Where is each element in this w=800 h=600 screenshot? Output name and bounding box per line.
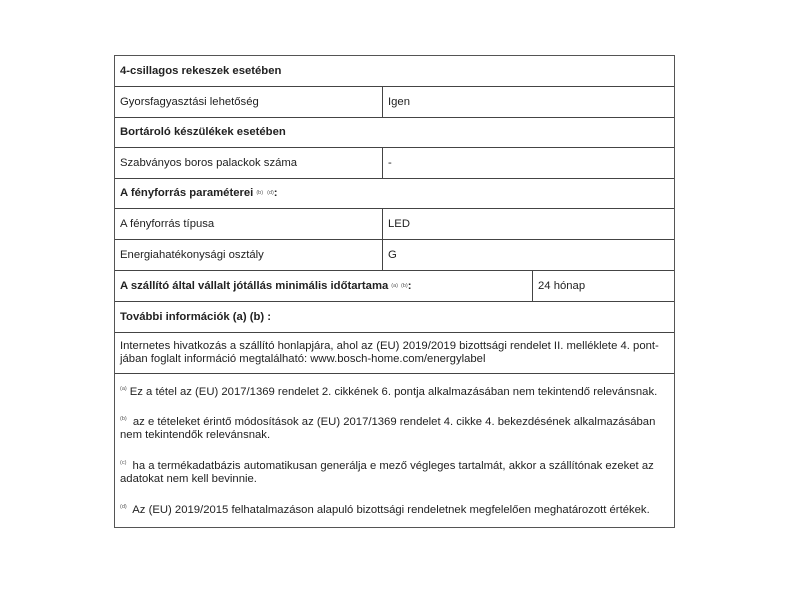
row-label: Szabványos boros palackok száma	[115, 148, 383, 178]
row-label: A fényforrás típusa	[115, 209, 383, 239]
row-label: A szállító által vállalt jótállás minimá…	[115, 271, 533, 301]
footnote-marker: (d)	[120, 504, 127, 510]
footnote-ref: (b)	[256, 190, 263, 196]
footnotes: (a)Ez a tétel az (EU) 2017/1369 rendelet…	[115, 374, 674, 527]
row-label: Energiahatékonysági osztály	[115, 240, 383, 270]
section-title: A fényforrás paraméterei (b) (d) :	[115, 179, 674, 209]
footnote-ref: (a)	[391, 283, 398, 289]
product-info-table: 4-csillagos rekeszek esetében Gyorsfagya…	[114, 55, 675, 528]
section-header-light-source: A fényforrás paraméterei (b) (d) :	[115, 179, 674, 210]
footnote-marker: (b)	[120, 416, 127, 422]
footnote-text: Az (EU) 2019/2015 felhatalmazáson alapul…	[130, 504, 650, 516]
row-value: LED	[383, 209, 674, 239]
footnote-text: Ez a tétel az (EU) 2017/1369 rendelet 2.…	[130, 386, 658, 398]
table-row-light-type: A fényforrás típusa LED	[115, 209, 674, 240]
row-value: 24 hónap	[533, 271, 674, 301]
footnote-ref: (d)	[267, 190, 274, 196]
row-value: G	[383, 240, 674, 270]
table-row-internet-link: Internetes hivatkozás a szállító honlapj…	[115, 333, 674, 374]
row-label: Gyorsfagyasztási lehetőség	[115, 87, 383, 117]
section-header-4-star: 4-csillagos rekeszek esetében	[115, 56, 674, 87]
section-title: Bortároló készülékek esetében	[115, 118, 674, 148]
section-title: További információk (a) (b) :	[115, 302, 674, 332]
table-row-wine-bottles: Szabványos boros palackok száma -	[115, 148, 674, 179]
footnote-marker: (a)	[120, 386, 127, 392]
table-row-energy-class: Energiahatékonysági osztály G	[115, 240, 674, 271]
section-title: 4-csillagos rekeszek esetében	[115, 56, 674, 86]
footnote-a: (a)Ez a tétel az (EU) 2017/1369 rendelet…	[120, 383, 668, 399]
footnote-d: (d) Az (EU) 2019/2015 felhatalmazáson al…	[120, 501, 668, 517]
warranty-label-suffix: :	[408, 280, 412, 292]
section-header-more-info: További információk (a) (b) :	[115, 302, 674, 333]
section-header-wine: Bortároló készülékek esetében	[115, 118, 674, 149]
table-row-fast-freeze: Gyorsfagyasztási lehetőség Igen	[115, 87, 674, 118]
footnote-text: az e tételeket érintő módosítások az (EU…	[120, 416, 655, 441]
warranty-label-text: A szállító által vállalt jótállás minimá…	[120, 280, 388, 292]
table-row-warranty: A szállító által vállalt jótállás minimá…	[115, 271, 674, 302]
footnote-c: (c) ha a termékadatbázis automatikusan g…	[120, 457, 668, 486]
section-title-text: A fényforrás paraméterei	[120, 187, 253, 199]
footnote-b: (b) az e tételeket érintő módosítások az…	[120, 413, 668, 442]
info-text: Internetes hivatkozás a szállító honlapj…	[115, 333, 674, 373]
section-title-suffix: :	[274, 187, 278, 199]
row-value: -	[383, 148, 674, 178]
footnote-text: ha a termékadatbázis automatikusan gener…	[120, 460, 654, 485]
footnote-marker: (c)	[120, 460, 126, 466]
footnotes-block: (a)Ez a tétel az (EU) 2017/1369 rendelet…	[115, 374, 674, 527]
row-value: Igen	[383, 87, 674, 117]
footnote-ref: (b)	[401, 283, 408, 289]
